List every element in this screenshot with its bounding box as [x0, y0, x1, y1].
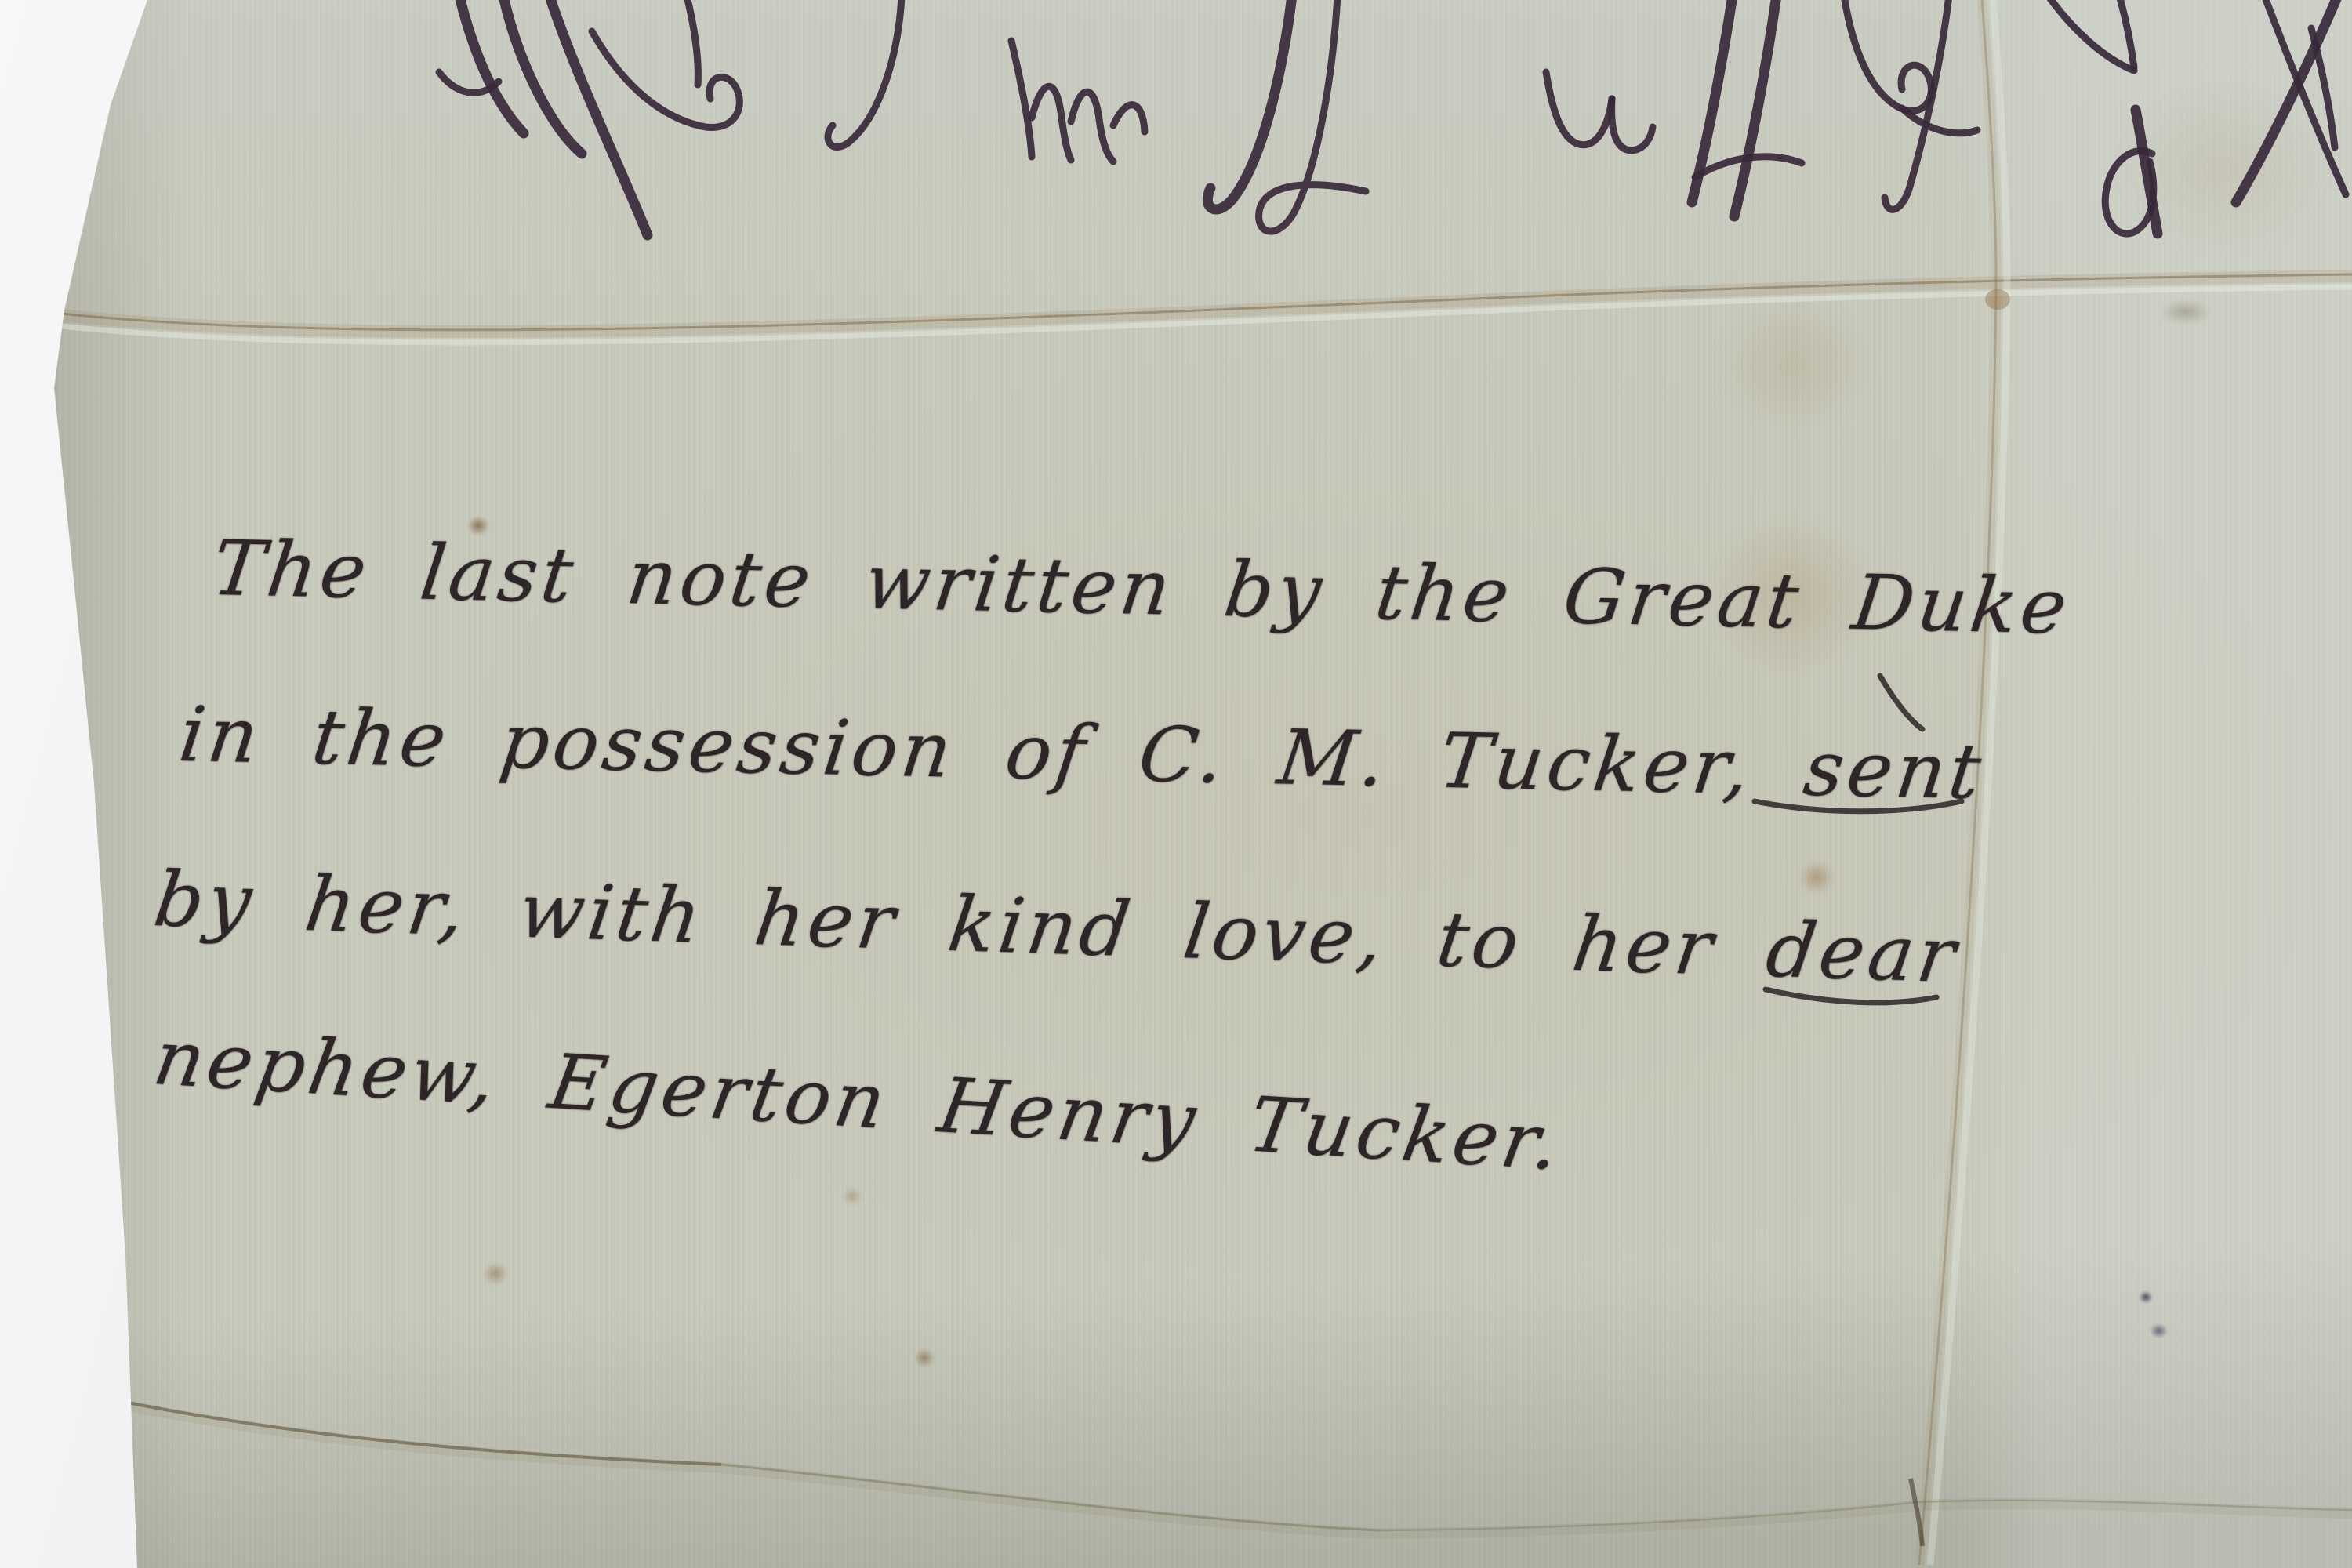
- letter-paper: The last note written by the Great Duke …: [0, 0, 2352, 1568]
- handwritten-note: The last note written by the Great Duke …: [0, 0, 2352, 1568]
- photograph-of-letter: The last note written by the Great Duke …: [0, 0, 2352, 1568]
- note-line-2: in the possession of C. M. Tucker, sent: [176, 696, 1989, 810]
- note-line-1: The last note written by the Great Duke: [209, 530, 2074, 644]
- note-line-3: by her, with her kind love, to her dear: [150, 861, 1963, 993]
- note-line-4: nephew, Egerton Henry Tucker.: [149, 1019, 1569, 1181]
